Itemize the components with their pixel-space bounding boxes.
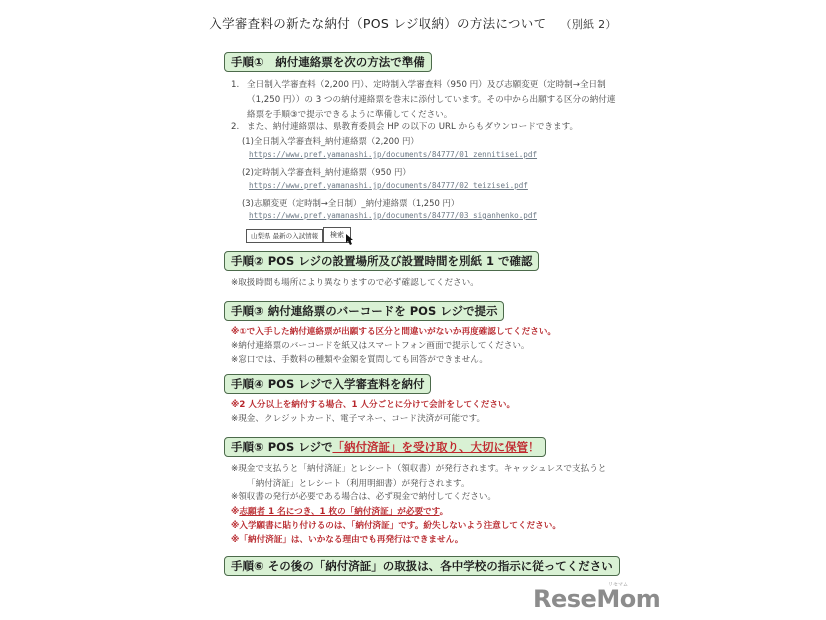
step-4-warning: ※2 人分以上を納付する場合、1 人分ごとに分けて会計をしてください。 <box>231 398 515 413</box>
download-link-3[interactable]: https://www.pref.yamanashi.jp/documents/… <box>249 211 537 220</box>
search-input[interactable]: 山梨県 最新の入試情報 <box>246 229 323 243</box>
item-number: 1. <box>231 78 247 93</box>
step-4-heading: 手順④ POS レジで入学審査料を納付 <box>224 374 431 394</box>
step-5-note-1-line-2: 「納付済証」とレシート（利用明細書）が発行されます。 <box>231 479 470 489</box>
step-3-warning: ※①で入手した納付連絡票が出願する区分と間違いがないか再度確認してください。 <box>231 325 556 340</box>
warning-underlined: 志願者 1 名につき、1 枚の「納付済証」が必要です <box>239 507 439 517</box>
step-5-warning-1: ※志願者 1 名につき、1 枚の「納付済証」が必要です。 <box>231 505 448 520</box>
step-5-warning-3: ※「納付済証」は、いかなる理由でも再発行はできません。 <box>231 533 463 548</box>
title-text: 入学審査料の新たな納付（POS レジ収納）の方法について <box>209 16 546 31</box>
resemom-logo-kana: リセマム <box>608 581 628 588</box>
item-1-line-1: 全日制入学審査料（2,200 円）、定時制入学審査料（950 円）及び志願変更（… <box>247 80 606 90</box>
resemom-logo: ReseMom <box>533 585 660 613</box>
pointer-cursor-icon <box>345 234 355 246</box>
step-6-heading: 手順⑥ その後の「納付済証」の取扱は、各中学校の指示に従ってください <box>224 556 620 576</box>
download-link-1[interactable]: https://www.pref.yamanashi.jp/documents/… <box>249 150 537 159</box>
step-5-note-1: ※現金で支払うと「納付済証」とレシート（領収書）が発行されます。キャッシュレスで… <box>231 462 606 492</box>
step-5-prefix: 手順⑤ POS レジで <box>231 440 332 454</box>
step-1-heading: 手順① 納付連絡票を次の方法で準備 <box>224 52 432 72</box>
step-5-suffix: ！ <box>528 440 540 454</box>
warning-period: 。 <box>440 507 449 517</box>
step-2-note: ※取扱時間も場所により異なりますので必ず確認してください。 <box>231 276 479 291</box>
item-1-line-2: （1,250 円））の 3 つの納付連絡票を巻末に添付しています。その中から出願… <box>231 95 615 105</box>
item-1-line-3: 絡票を手順③で提示できるように準備してください。 <box>231 110 452 120</box>
step-4-note-1: ※現金、クレジットカード、電子マネー、コード決済が可能です。 <box>231 412 485 427</box>
annex-label: （別紙 2） <box>560 18 616 31</box>
step-3-heading: 手順③ 納付連絡票のバーコードを POS レジで提示 <box>224 301 504 321</box>
download-label-3: (3)志願変更（定時制→全日制）_納付連絡票（1,250 円） <box>242 197 459 209</box>
item-number: 2. <box>231 120 247 135</box>
step-5-warning-2: ※入学願書に貼り付けるのは、「納付済証」です。紛失しないよう注意してください。 <box>231 519 561 534</box>
document-title: 入学審査料の新たな納付（POS レジ収納）の方法について（別紙 2） <box>0 14 826 32</box>
step-2-heading: 手順② POS レジの設置場所及び設置時間を別紙 1 で確認 <box>224 251 539 271</box>
item-2-line-1: また、納付連絡票は、県教育委員会 HP の以下の URL からもダウンロードでき… <box>247 122 578 132</box>
step-5-emphasis: 「納付済証」を受け取り、大切に保管 <box>332 440 528 454</box>
step-5-note-1-line-1: ※現金で支払うと「納付済証」とレシート（領収書）が発行されます。キャッシュレスで… <box>231 464 606 474</box>
download-label-1: (1)全日制入学審査料_納付連絡票（2,200 円） <box>242 135 419 147</box>
step-1-item-2: 2.また、納付連絡票は、県教育委員会 HP の以下の URL からもダウンロード… <box>231 120 578 135</box>
step-5-heading: 手順⑤ POS レジで「納付済証」を受け取り、大切に保管！ <box>224 437 546 457</box>
step-1-item-1: 1.全日制入学審査料（2,200 円）、定時制入学審査料（950 円）及び志願変… <box>231 78 615 123</box>
step-5-note-2: ※領収書の発行が必要である場合は、必ず現金で納付してください。 <box>231 490 496 505</box>
download-label-2: (2)定時制入学審査料_納付連絡票（950 円） <box>242 166 411 178</box>
download-link-2[interactable]: https://www.pref.yamanashi.jp/documents/… <box>249 181 528 190</box>
step-3-note-2: ※窓口では、手数料の種類や金額を質問しても回答ができません。 <box>231 353 488 368</box>
step-3-note-1: ※納付連絡票のバーコードを紙又はスマートフォン画面で提示してください。 <box>231 339 530 354</box>
